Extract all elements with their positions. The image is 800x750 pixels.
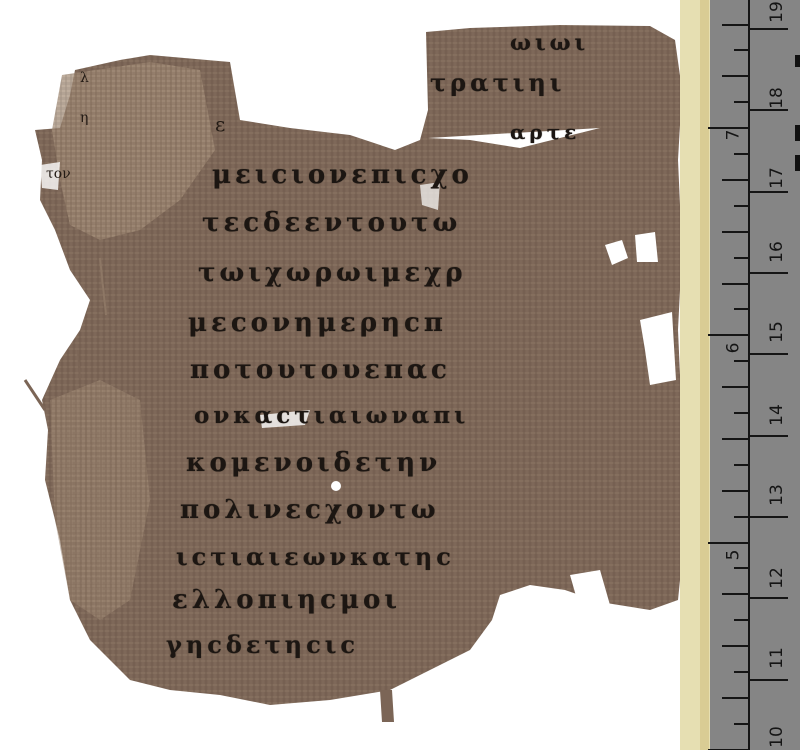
ruler-tick (734, 671, 748, 673)
papyrus-line-3: τωιχωρωιμεχρ (198, 258, 467, 288)
ruler-tick (722, 283, 748, 285)
ruler-tick (722, 593, 748, 595)
papyrus-top-line-1: ωιωι (510, 30, 589, 56)
papyrus-line-7: κομενοιδετην (186, 448, 441, 478)
ruler-inch-label-5: 5 (723, 550, 743, 561)
ruler-cm-label-14: 14 (767, 404, 787, 426)
ruler-tick (722, 179, 748, 181)
papyrus-line-9: ιcτιαιεωνκατηc (176, 542, 455, 571)
ruler-backing-edge (700, 0, 709, 750)
ruler-cm-label-10: 10 (767, 726, 787, 748)
ruler-tick (722, 75, 748, 77)
ruler-tick (748, 191, 788, 193)
ruler-tick (734, 723, 748, 725)
papyrus-top-line-3: αρτε (510, 120, 580, 144)
fragment-letter-3: τον (46, 166, 71, 182)
ruler-cm-label-11: 11 (767, 647, 787, 669)
ruler-tick (734, 153, 748, 155)
ruler-tick (722, 645, 748, 647)
ruler (710, 0, 800, 750)
ruler-tick (708, 334, 748, 336)
ruler-tick (734, 308, 748, 310)
ruler-tick (722, 24, 748, 26)
ruler-tick (722, 490, 748, 492)
ruler-inch-label-6: 6 (723, 343, 743, 354)
ruler-cm-label-16: 16 (767, 241, 787, 263)
papyrus-line-2: τεcδεεντουτω (202, 208, 461, 238)
papyrus-line-1: μειcιονεπιcχο (212, 160, 473, 190)
papyrus-line-5: ποτουτουεπαc (190, 355, 451, 385)
ruler-tick (748, 28, 788, 30)
ruler-tick (748, 353, 788, 355)
ruler-tick (734, 360, 748, 362)
ruler-cm-label-19: 19 (767, 1, 787, 23)
ruler-cm-label-15: 15 (767, 321, 787, 343)
ruler-tick (748, 679, 788, 681)
ruler-inch-label-7: 7 (723, 130, 743, 141)
ruler-cm-label-13: 13 (767, 484, 787, 506)
fragment-letter-4: ε (215, 112, 225, 136)
ruler-edge-mark (795, 155, 800, 171)
ruler-tick (748, 435, 788, 437)
ruler-tick (748, 272, 788, 274)
ruler-axis (748, 0, 750, 750)
papyrus-photograph: μειcιονεπιcχο τεcδεεντουτω τωιχωρωιμεχρ … (0, 0, 800, 750)
ruler-tick (734, 101, 748, 103)
ruler-tick (722, 231, 748, 233)
fragment-letter-2: η (80, 110, 88, 126)
ruler-tick (748, 516, 788, 518)
ruler-cm-label-17: 17 (767, 167, 787, 189)
ruler-tick (722, 438, 748, 440)
papyrus-top-line-2: τρατιηι (430, 68, 565, 97)
ruler-cm-label-12: 12 (767, 567, 787, 589)
fragment-letter-1: λ (80, 70, 89, 86)
ruler-tick (734, 619, 748, 621)
ruler-tick (708, 542, 748, 544)
ruler-tick (748, 597, 788, 599)
ruler-edge-mark (795, 125, 800, 141)
papyrus-line-10: ελλοπιηcμοι (172, 585, 401, 615)
papyrus-line-11: γηcδετηcιc (166, 630, 359, 659)
papyrus-line-6: ονκαcτιαιωναπι (194, 402, 469, 429)
ruler-tick (722, 386, 748, 388)
ruler-tick (734, 567, 748, 569)
ruler-cm-label-18: 18 (767, 87, 787, 109)
papyrus-line-4: μεcονημερηcπ (188, 308, 447, 338)
papyrus-line-8: πολινεcχοντω (180, 495, 440, 525)
ruler-tick (734, 205, 748, 207)
ruler-tick (734, 516, 748, 518)
ruler-tick (734, 49, 748, 51)
ruler-tick (748, 109, 788, 111)
ruler-tick (722, 697, 748, 699)
ruler-edge-mark (795, 55, 800, 67)
ruler-tick (734, 464, 748, 466)
ruler-tick (734, 257, 748, 259)
ruler-tick (734, 412, 748, 414)
